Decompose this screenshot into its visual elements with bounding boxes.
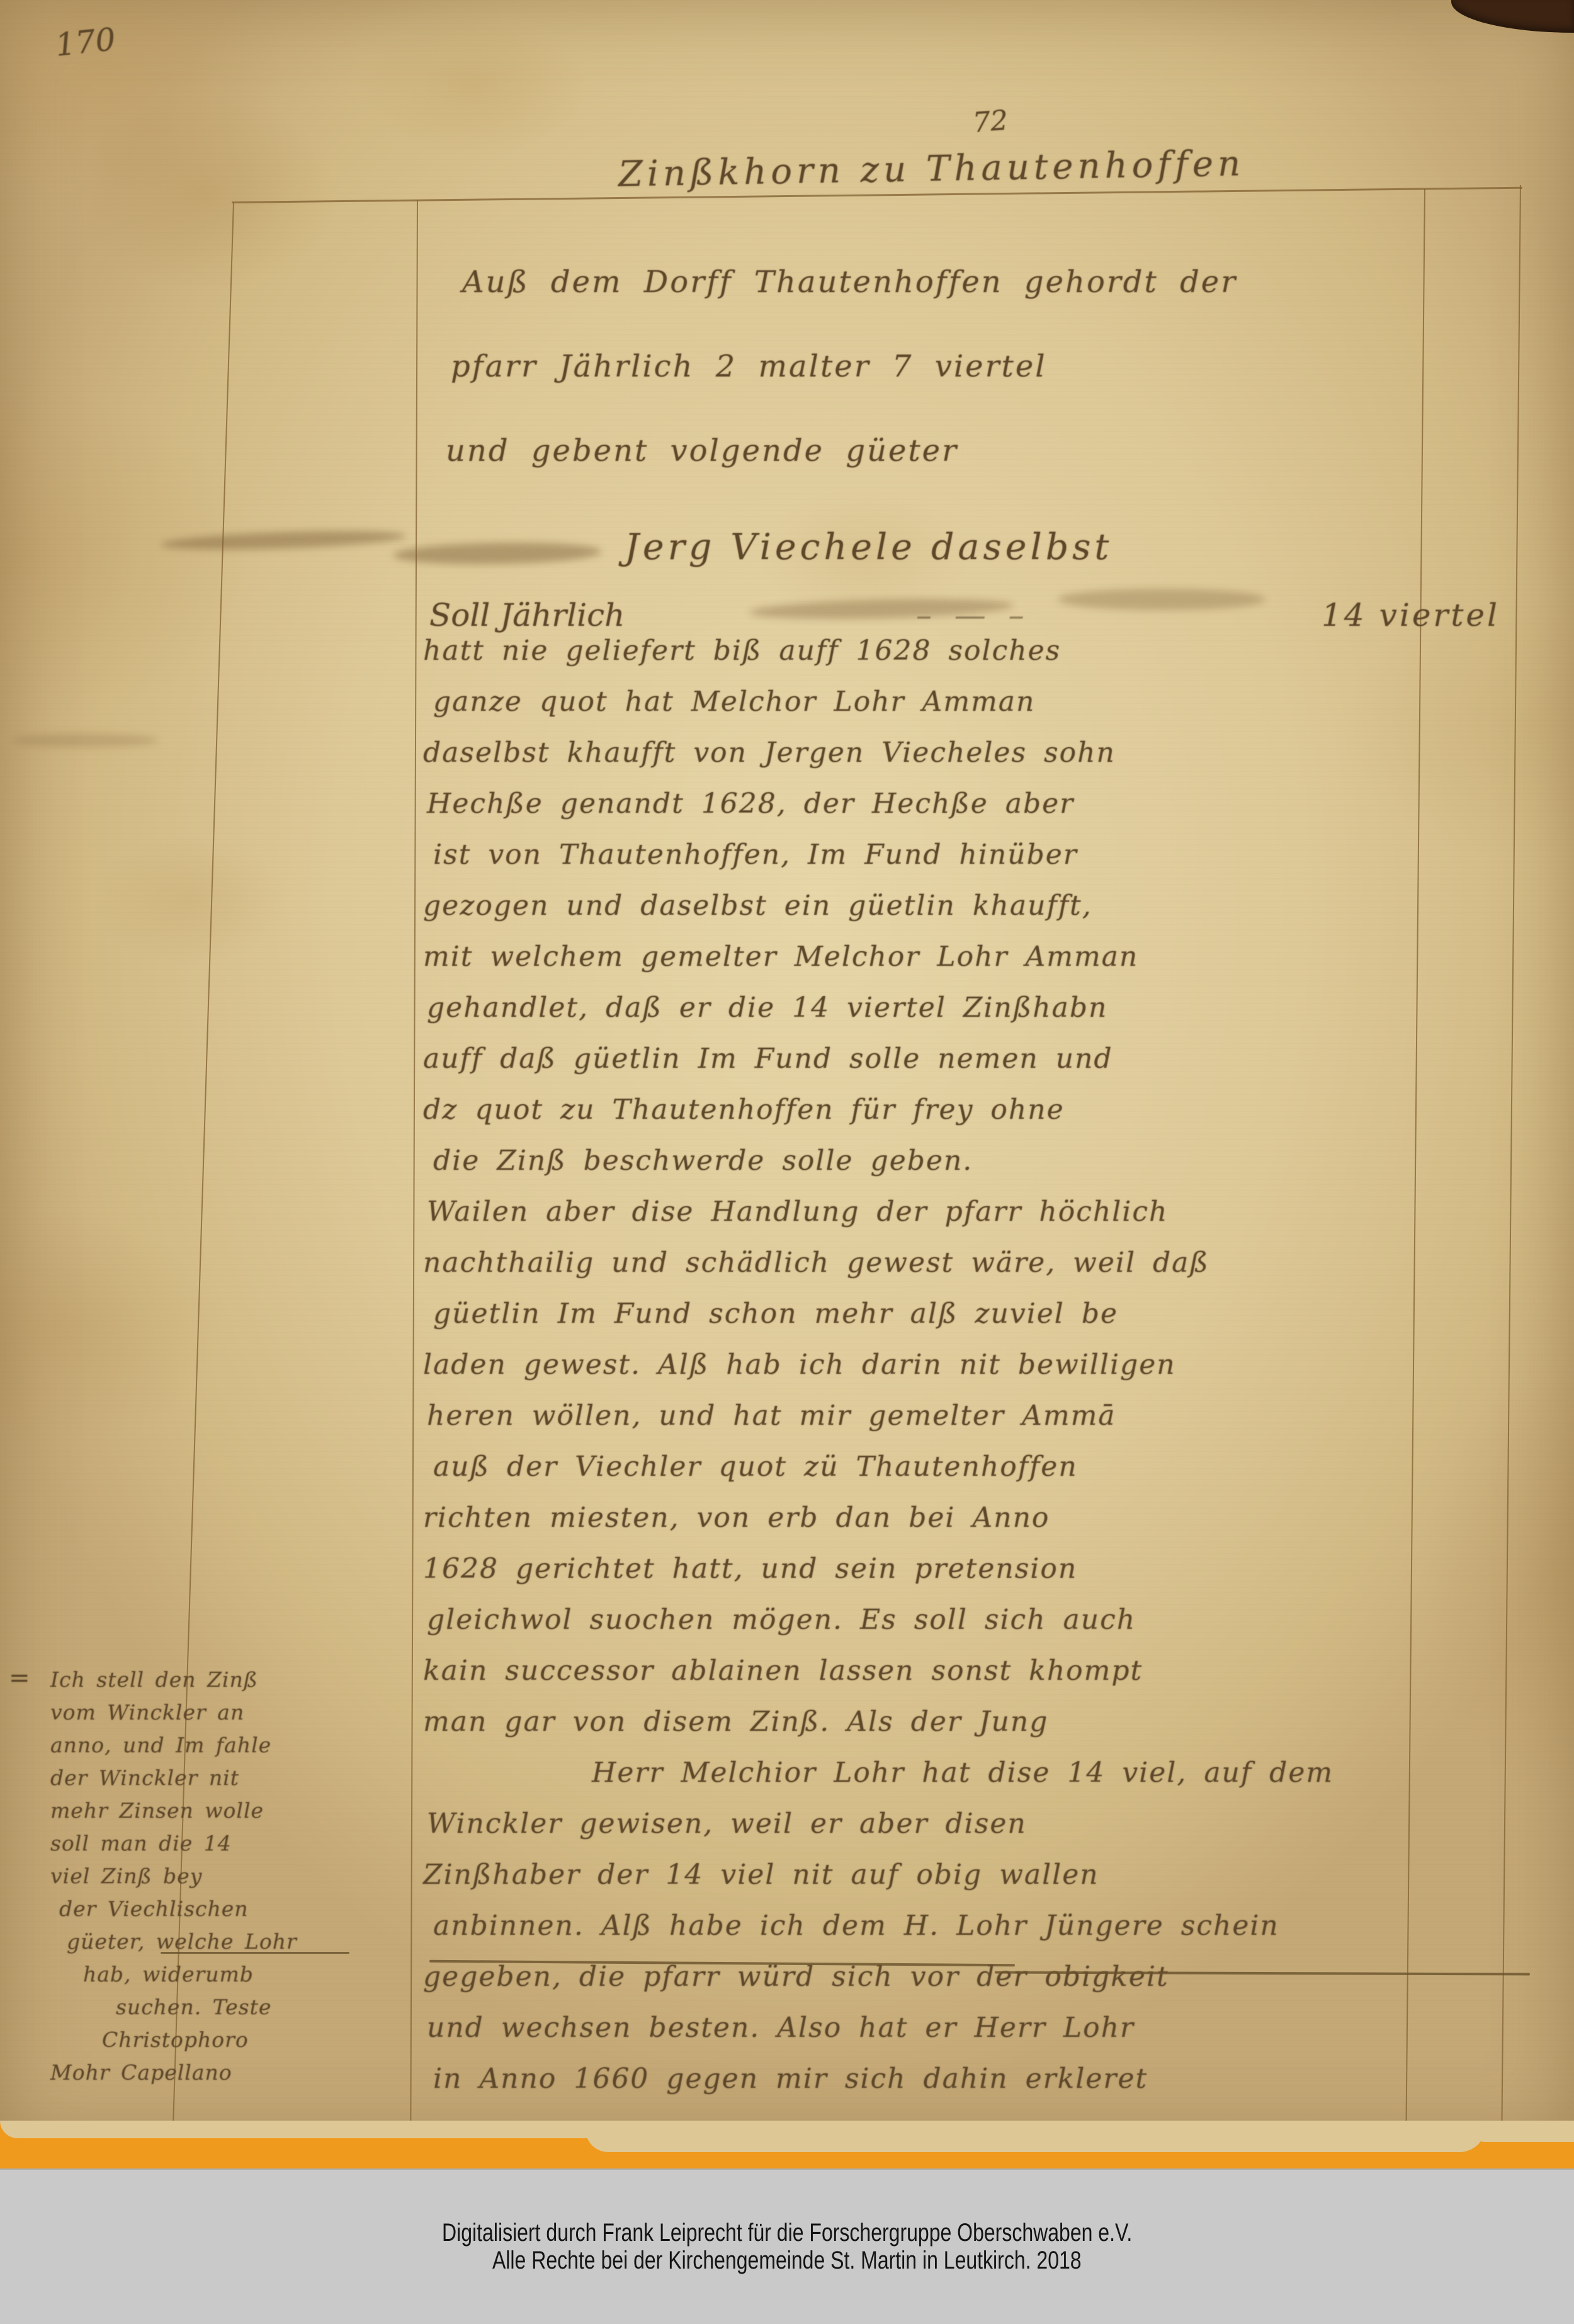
manuscript-line: auß der Viechler quot zü Thautenhoffen: [433, 1451, 1550, 1502]
page-number: 72: [971, 105, 1009, 139]
manuscript-line: Ich stell den Zinß: [50, 1667, 297, 1700]
manuscript-line: ist von Thautenhoffen, Im Fund hinüber: [433, 839, 1550, 890]
folio-number: 170: [54, 21, 117, 64]
manuscript-line: Wailen aber dise Handlung der pfarr höch…: [427, 1196, 1550, 1247]
manuscript-line: güeter, welche Lohr: [67, 1929, 297, 1962]
caption-line-2: Alle Rechte bei der Kirchengemeinde St. …: [0, 2247, 1574, 2275]
digitization-caption-band: Digitalisiert durch Frank Leiprecht für …: [0, 2168, 1574, 2324]
manuscript-line: anno, und Im fahle: [50, 1733, 297, 1766]
manuscript-line: nachthailig und schädlich gewest wäre, w…: [423, 1247, 1550, 1298]
manuscript-line: Herr Melchior Lohr hat dise 14 viel, auf…: [592, 1757, 1550, 1808]
manuscript-line: anbinnen. Alß habe ich dem H. Lohr Jünge…: [433, 1910, 1550, 1961]
manuscript-line: der Winckler nit: [50, 1766, 297, 1798]
manuscript-line: in Anno 1660 gegen mir sich dahin erkler…: [433, 2063, 1550, 2114]
manuscript-line: der Viechlischen: [59, 1896, 297, 1929]
manuscript-line: laden gewest. Alß hab ich darin nit bewi…: [423, 1349, 1550, 1400]
margin-note: Ich stell den Zinßvom Winckler ananno, u…: [50, 1667, 297, 2093]
manuscript-line: dz quot zu Thautenhoffen für frey ohne: [423, 1094, 1550, 1145]
manuscript-line: gegeben, die pfarr würd sich vor der obi…: [423, 1961, 1550, 2012]
manuscript-line: Christophoro: [102, 2027, 297, 2060]
manuscript-line: Zinßhaber der 14 viel nit auf obig walle…: [423, 1859, 1550, 1910]
obligation-label: Soll Jährlich: [429, 597, 625, 633]
ink-underline-margin: [161, 1952, 349, 1954]
ink-smudge: [1058, 589, 1265, 610]
entry-body-text: hatt nie geliefert biß auff 1628 solches…: [423, 635, 1550, 2114]
entry-name-line: Jerg Viechele daselbst: [625, 526, 1113, 568]
manuscript-line: vom Winckler an: [50, 1700, 297, 1733]
manuscript-line: man gar von disem Zinß. Als der Jung: [423, 1706, 1550, 1757]
manuscript-line: heren wöllen, und hat mir gemelter Ammā: [427, 1400, 1550, 1451]
manuscript-line: 1628 gerichtet hatt, und sein pretension: [423, 1553, 1550, 1604]
manuscript-line: suchen. Teste: [116, 1995, 297, 2027]
manuscript-line: richten miesten, von erb dan bei Anno: [423, 1502, 1550, 1553]
manuscript-line: gleichwol suochen mögen. Es soll sich au…: [427, 1604, 1550, 1655]
manuscript-line: Hechße genandt 1628, der Hechße aber: [427, 788, 1550, 839]
manuscript-line: viel Zinß bey: [50, 1864, 297, 1896]
manuscript-line: mehr Zinsen wolle: [50, 1798, 297, 1831]
manuscript-line: pfarr Jährlich 2 malter 7 viertel: [451, 349, 1237, 433]
manuscript-line: gehandlet, daß er die 14 viertel Zinßhab…: [427, 992, 1550, 1043]
torn-paper-edge: [586, 2121, 1486, 2152]
manuscript-line: Mohr Capellano: [50, 2060, 297, 2093]
manuscript-line: und gebent volgende güeter: [446, 433, 1237, 518]
manuscript-line: die Zinß beschwerde solle geben.: [433, 1145, 1550, 1196]
obligation-amount: 14 viertel: [1322, 597, 1500, 633]
manuscript-line: güetlin Im Fund schon mehr alß zuviel be: [433, 1298, 1550, 1349]
caption-line-1: Digitalisiert durch Frank Leiprecht für …: [0, 2219, 1574, 2247]
intro-paragraph: Auß dem Dorff Thautenhoffen gehordt derp…: [446, 264, 1237, 518]
manuscript-line: hatt nie geliefert biß auff 1628 solches: [423, 635, 1550, 686]
manuscript-line: gezogen und daselbst ein güetlin khaufft…: [423, 890, 1550, 941]
manuscript-scan: 170 72 Zinßkhorn zu Thautenhoffen Auß de…: [0, 0, 1574, 2324]
manuscript-line: daselbst khaufft von Jergen Viecheles so…: [423, 737, 1550, 788]
ink-smudge: [13, 734, 157, 747]
torn-paper-edge: [1467, 2121, 1574, 2142]
manuscript-line: Winckler gewisen, weil er aber disen: [427, 1808, 1550, 1859]
manuscript-line: und wechsen besten. Also hat er Herr Loh…: [427, 2012, 1550, 2063]
torn-paper-edge: [0, 2121, 617, 2138]
margin-mark: =: [9, 1664, 30, 1692]
manuscript-line: auff daß güetlin Im Fund solle nemen und: [423, 1043, 1550, 1094]
manuscript-line: hab, widerumb: [83, 1962, 297, 1995]
parchment-page: 170 72 Zinßkhorn zu Thautenhoffen Auß de…: [0, 0, 1574, 2143]
manuscript-line: soll man die 14: [50, 1831, 297, 1864]
manuscript-line: mit welchem gemelter Melchor Lohr Amman: [423, 941, 1550, 992]
manuscript-line: kain successor ablainen lassen sonst kho…: [423, 1655, 1550, 1706]
manuscript-line: ganze quot hat Melchor Lohr Amman: [433, 686, 1550, 737]
manuscript-line: Auß dem Dorff Thautenhoffen gehordt der: [462, 264, 1237, 349]
